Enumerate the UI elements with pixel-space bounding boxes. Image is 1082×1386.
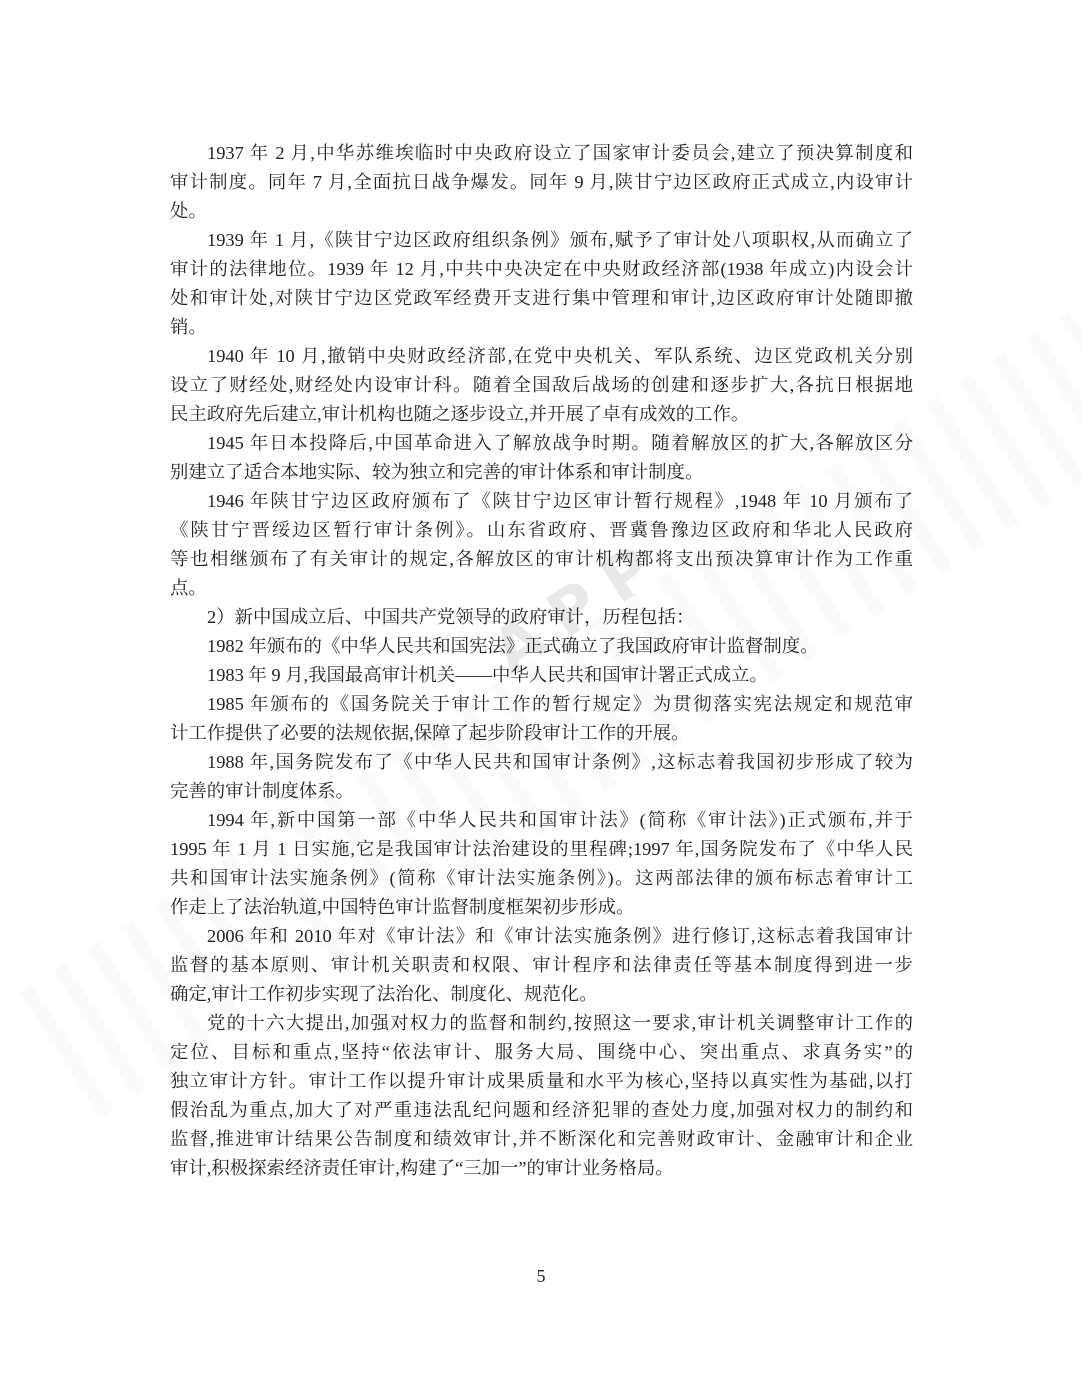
text-line: 假治乱为重点,加大了对严重违法乱纪问题和经济犯罪的查处力度,加强对权力的制约和 xyxy=(170,1096,913,1125)
text-line: 监督,推进审计结果公告制度和绩效审计,并不断深化和完善财政审计、金融审计和企业 xyxy=(170,1125,913,1154)
text-line: 作走上了法治轨道,中国特色审计监督制度框架初步形成。 xyxy=(170,893,913,922)
paragraph: 2）新中国成立后、中国共产党领导的政府审计，历程包括： xyxy=(170,603,913,632)
text-line: 1982 年颁布的《中华人民共和国宪法》正式确立了我国政府审计监督制度。 xyxy=(170,632,913,661)
document-page: APP 1937 年 2 月,中华苏维埃临时中央政府设立了国家审计委员会,建立了… xyxy=(0,0,1082,1386)
text-line: 1946 年陕甘宁边区政府颁布了《陕甘宁边区审计暂行规程》,1948 年 10 … xyxy=(170,487,913,516)
text-line: 销。 xyxy=(170,313,913,342)
text-line: 1988 年,国务院发布了《中华人民共和国审计条例》,这标志着我国初步形成了较为 xyxy=(170,748,913,777)
text-line: 1939 年 1 月,《陕甘宁边区政府组织条例》颁布,赋予了审计处八项职权,从而… xyxy=(170,226,913,255)
paragraph: 1946 年陕甘宁边区政府颁布了《陕甘宁边区审计暂行规程》,1948 年 10 … xyxy=(170,487,913,603)
text-line: 处。 xyxy=(170,197,913,226)
text-line: 完善的审计制度体系。 xyxy=(170,777,913,806)
text-line: 别建立了适合本地实际、较为独立和完善的审计体系和审计制度。 xyxy=(170,458,913,487)
paragraph: 1988 年,国务院发布了《中华人民共和国审计条例》,这标志着我国初步形成了较为… xyxy=(170,748,913,806)
text-line: 1995 年 1 月 1 日实施,它是我国审计法治建设的里程碑;1997 年,国… xyxy=(170,835,913,864)
text-line: 1940 年 10 月,撤销中央财政经济部,在党中央机关、军队系统、边区党政机关… xyxy=(170,342,913,371)
page-number: 5 xyxy=(0,1266,1082,1287)
text-line: 设立了财经处,财经处内设审计科。随着全国敌后战场的创建和逐步扩大,各抗日根据地 xyxy=(170,371,913,400)
paragraph: 1939 年 1 月,《陕甘宁边区政府组织条例》颁布,赋予了审计处八项职权,从而… xyxy=(170,226,913,342)
text-line: 1994 年,新中国第一部《中华人民共和国审计法》(简称《审计法》)正式颁布,并… xyxy=(170,806,913,835)
text-line: 民主政府先后建立,审计机构也随之逐步设立,并开展了卓有成效的工作。 xyxy=(170,400,913,429)
text-line: 独立审计方针。审计工作以提升审计成果质量和水平为核心,坚持以真实性为基础,以打 xyxy=(170,1067,913,1096)
text-line: 党的十六大提出,加强对权力的监督和制约,按照这一要求,审计机关调整审计工作的 xyxy=(170,1009,913,1038)
text-line: 1937 年 2 月,中华苏维埃临时中央政府设立了国家审计委员会,建立了预决算制… xyxy=(170,139,913,168)
paragraph: 1940 年 10 月,撤销中央财政经济部,在党中央机关、军队系统、边区党政机关… xyxy=(170,342,913,429)
text-line: 确定,审计工作初步实现了法治化、制度化、规范化。 xyxy=(170,980,913,1009)
paragraph: 1994 年,新中国第一部《中华人民共和国审计法》(简称《审计法》)正式颁布,并… xyxy=(170,806,913,922)
text-line: 点。 xyxy=(170,574,913,603)
text-line: 2）新中国成立后、中国共产党领导的政府审计，历程包括： xyxy=(170,603,913,632)
text-line: 处和审计处,对陕甘宁边区党政军经费开支进行集中管理和审计,边区政府审计处随即撤 xyxy=(170,284,913,313)
text-line: 审计的法律地位。1939 年 12 月,中共中央决定在中央财政经济部(1938 … xyxy=(170,255,913,284)
text-line: 1983 年 9 月,我国最高审计机关——中华人民共和国审计署正式成立。 xyxy=(170,661,913,690)
paragraph: 1945 年日本投降后,中国革命进入了解放战争时期。随着解放区的扩大,各解放区分… xyxy=(170,429,913,487)
text-line: 审计,积极探索经济责任审计,构建了“三加一”的审计业务格局。 xyxy=(170,1154,913,1183)
paragraph: 1982 年颁布的《中华人民共和国宪法》正式确立了我国政府审计监督制度。 xyxy=(170,632,913,661)
paragraph: 1983 年 9 月,我国最高审计机关——中华人民共和国审计署正式成立。 xyxy=(170,661,913,690)
body-text: 1937 年 2 月,中华苏维埃临时中央政府设立了国家审计委员会,建立了预决算制… xyxy=(170,139,913,1183)
text-line: 审计制度。同年 7 月,全面抗日战争爆发。同年 9 月,陕甘宁边区政府正式成立,… xyxy=(170,168,913,197)
text-line: 《陕甘宁晋绥边区暂行审计条例》。山东省政府、晋冀鲁豫边区政府和华北人民政府 xyxy=(170,516,913,545)
paragraph: 1985 年颁布的《国务院关于审计工作的暂行规定》为贯彻落实宪法规定和规范审计工… xyxy=(170,690,913,748)
text-line: 监督的基本原则、审计机关职责和权限、审计程序和法律责任等基本制度得到进一步 xyxy=(170,951,913,980)
paragraph: 2006 年和 2010 年对《审计法》和《审计法实施条例》进行修订,这标志着我… xyxy=(170,922,913,1009)
text-line: 1945 年日本投降后,中国革命进入了解放战争时期。随着解放区的扩大,各解放区分 xyxy=(170,429,913,458)
paragraph: 党的十六大提出,加强对权力的监督和制约,按照这一要求,审计机关调整审计工作的定位… xyxy=(170,1009,913,1183)
text-line: 等也相继颁布了有关审计的规定,各解放区的审计机构都将支出预决算审计作为工作重 xyxy=(170,545,913,574)
text-line: 计工作提供了必要的法规依据,保障了起步阶段审计工作的开展。 xyxy=(170,719,913,748)
text-line: 1985 年颁布的《国务院关于审计工作的暂行规定》为贯彻落实宪法规定和规范审 xyxy=(170,690,913,719)
text-line: 定位、目标和重点,坚持“依法审计、服务大局、围绕中心、突出重点、求真务实”的 xyxy=(170,1038,913,1067)
text-line: 2006 年和 2010 年对《审计法》和《审计法实施条例》进行修订,这标志着我… xyxy=(170,922,913,951)
paragraph: 1937 年 2 月,中华苏维埃临时中央政府设立了国家审计委员会,建立了预决算制… xyxy=(170,139,913,226)
text-line: 共和国审计法实施条例》(简称《审计法实施条例》)。这两部法律的颁布标志着审计工 xyxy=(170,864,913,893)
